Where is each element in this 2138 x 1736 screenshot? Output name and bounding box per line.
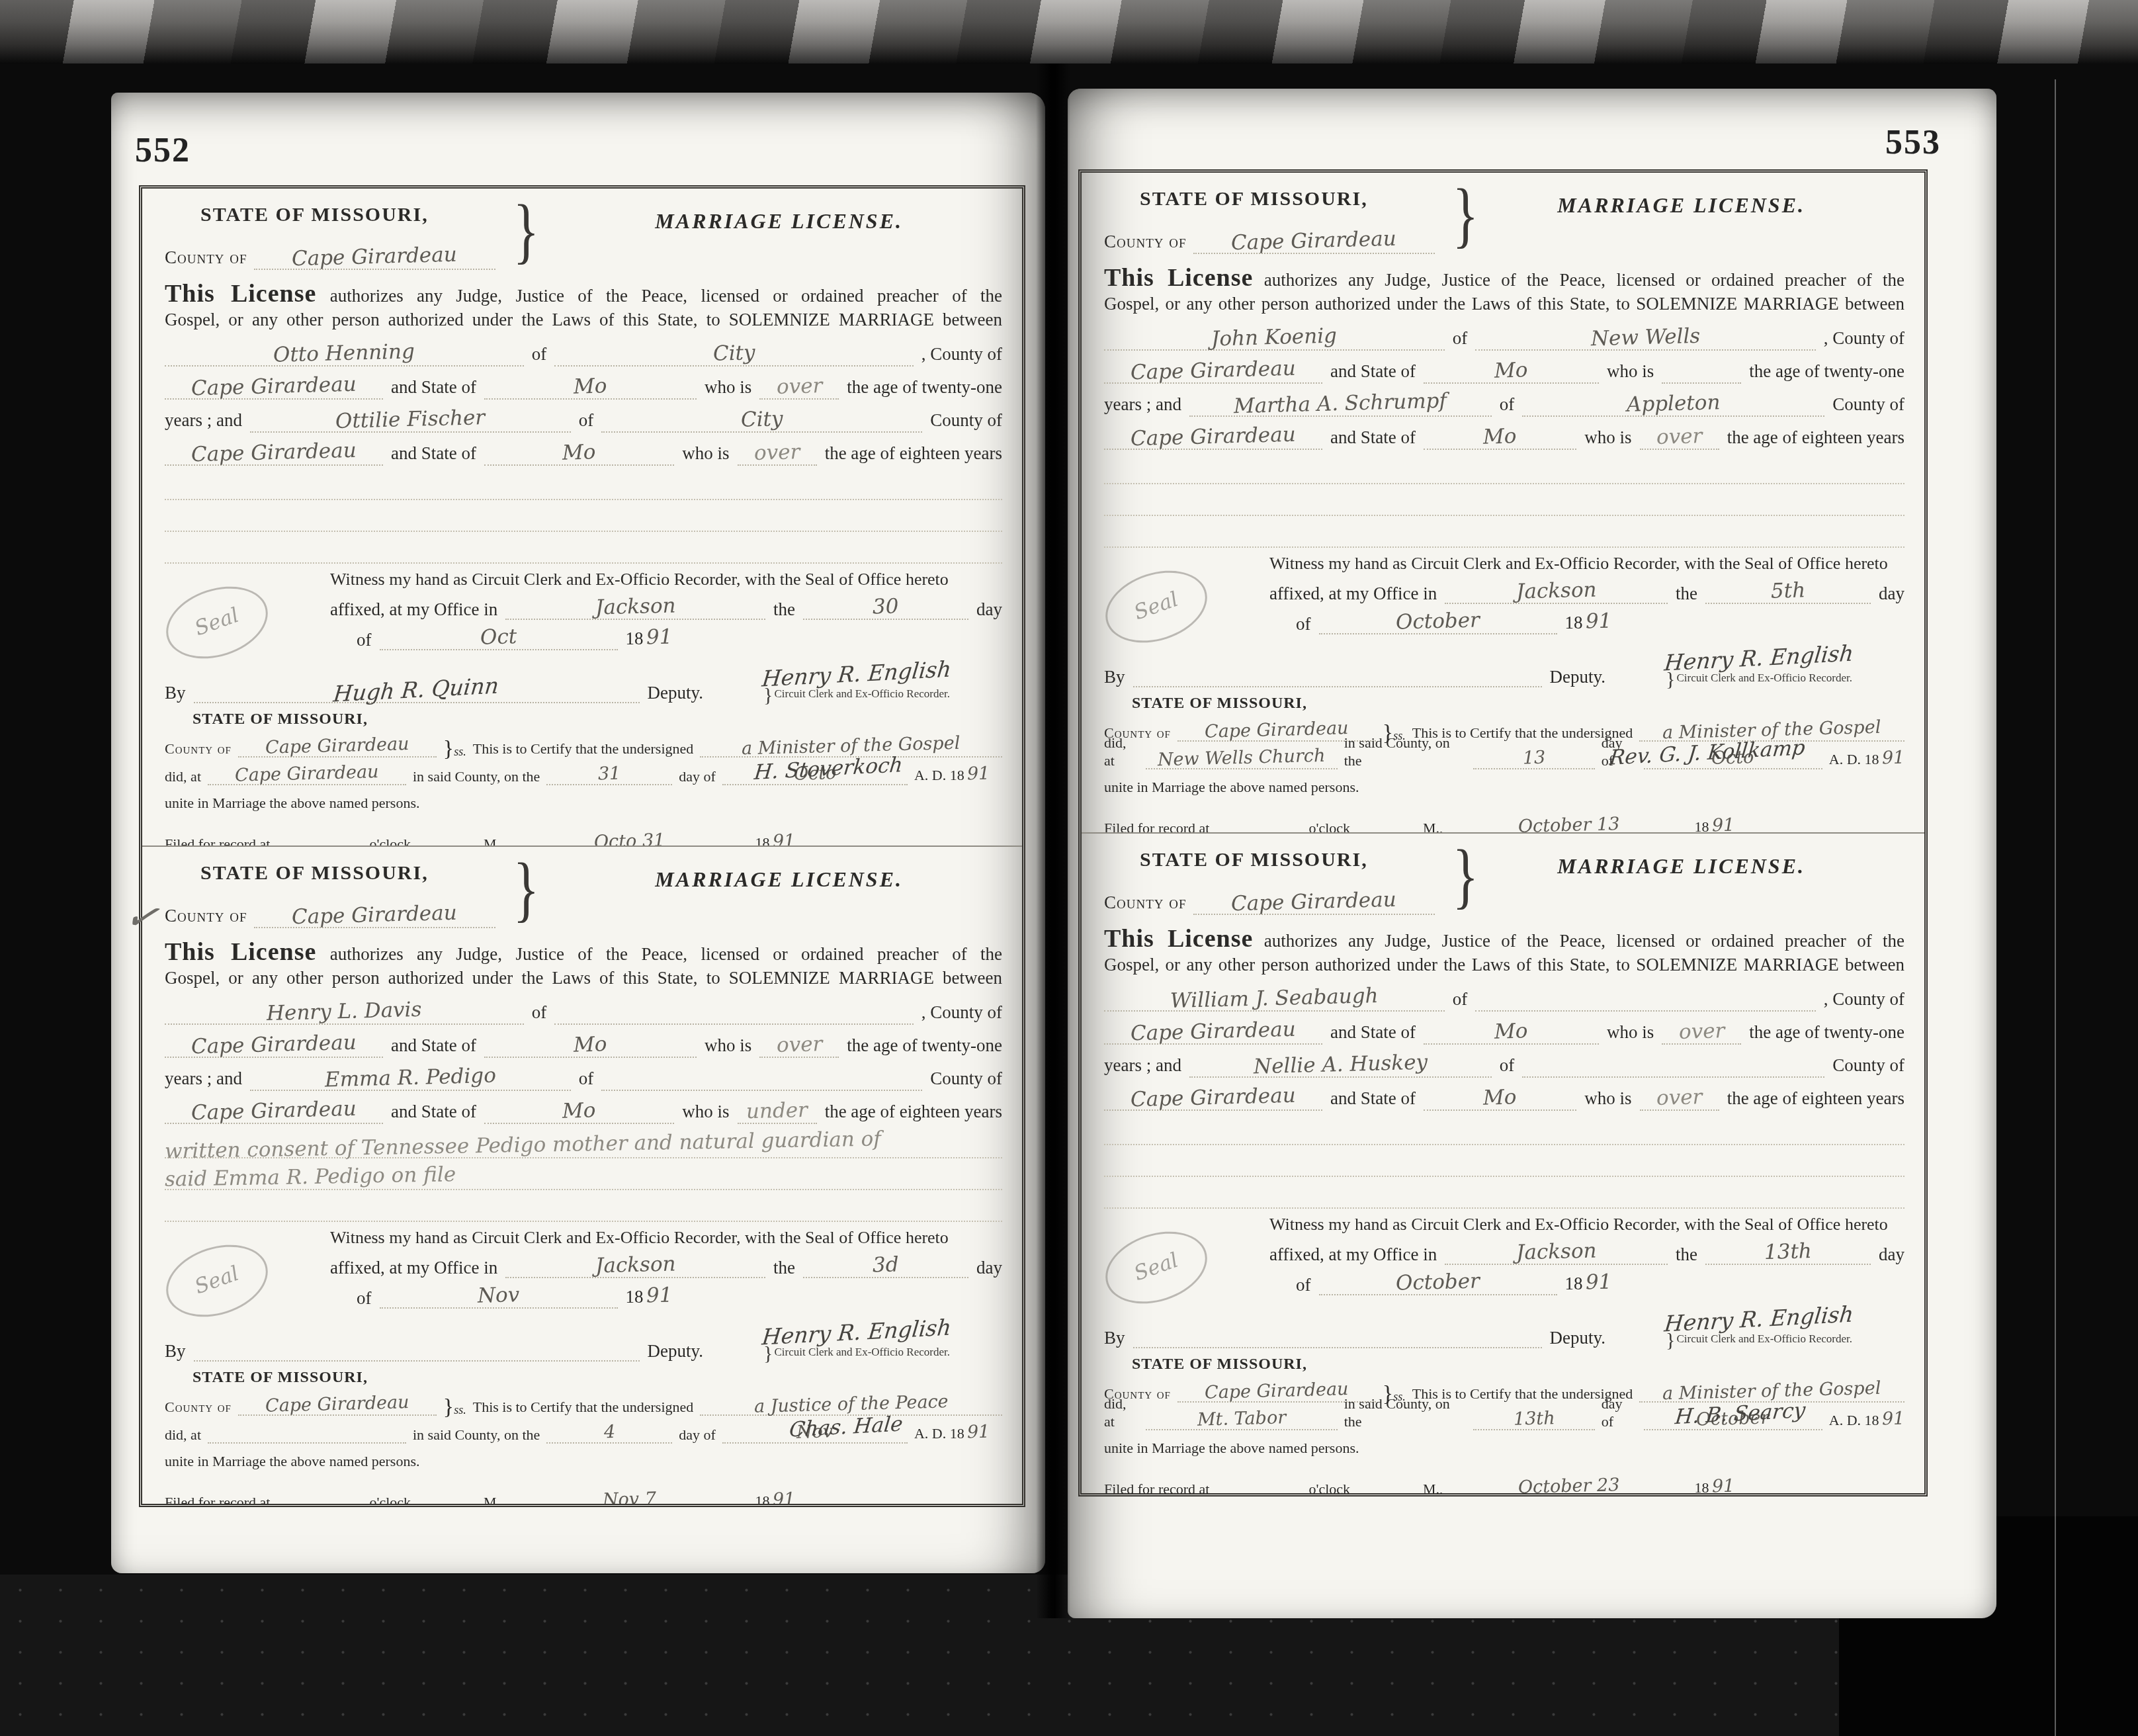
issue-year: 1891: [1565, 611, 1611, 634]
county-of-label: County of: [930, 410, 1002, 432]
deputy-field: Hugh R. Quinn: [194, 679, 640, 703]
unite-row: unite in Marriage the above named person…: [1104, 769, 1904, 796]
filed-date-field: October 13: [1450, 816, 1688, 832]
cert-day-field: 13: [1473, 749, 1594, 769]
groom-county-row: Cape Girardeau and State of Mo who is th…: [1104, 353, 1904, 384]
license-paragraph-line1: This License authorizes any Judge, Justi…: [165, 939, 1002, 965]
bride-row: years ; and Martha A. Schrumpf of Applet…: [1104, 386, 1904, 417]
groom-name: Otto Henning: [273, 341, 415, 367]
paragraph-text: authorizes any Judge, Justice of the Pea…: [316, 286, 1002, 306]
did-at-label: did, at: [1104, 1395, 1139, 1430]
bride-county-row: Cape Girardeau and State of Mo who is un…: [165, 1094, 1002, 1124]
issue-year: 1891: [626, 1285, 672, 1309]
this-license-text: This License: [165, 280, 316, 308]
who-is-label: who is: [682, 443, 729, 465]
did-at-label: did, at: [165, 1426, 201, 1444]
of-label: of: [1453, 327, 1468, 350]
filed-year: 1891: [1695, 1477, 1734, 1493]
oclock-label: o'clock: [369, 1494, 411, 1504]
certification-section: STATE OF MISSOURI, County of Cape Girard…: [165, 1368, 1002, 1504]
state-heading: STATE OF MISSOURI,: [200, 203, 429, 227]
consent-line-2: said Emma R. Pedigo on file: [165, 1158, 1002, 1190]
brace-glyph: }: [513, 194, 540, 267]
filed-year-handwriting: 91: [772, 1491, 795, 1504]
seal-text: Seal: [192, 605, 241, 640]
issue-month-row: of October 1891: [1104, 604, 1904, 634]
who-is-label: who is: [705, 1035, 751, 1057]
county-of-label: County of: [1832, 1055, 1904, 1077]
groom-age: over: [1678, 1021, 1725, 1044]
county-row: County of Cape Girardeau: [165, 905, 495, 937]
county-of-suffix: , County of: [921, 343, 1002, 366]
groom-county-field: Cape Girardeau: [1104, 361, 1322, 384]
issue-day-field: 5th: [1705, 581, 1871, 604]
bride-name-field: Nellie A. Huskey: [1189, 1055, 1492, 1078]
who-is-label: who is: [1607, 1021, 1654, 1044]
county-of-label: County of: [1832, 394, 1904, 416]
year-18-printed: 18: [755, 1493, 770, 1504]
groom-county-row: Cape Girardeau and State of Mo who is ov…: [165, 1027, 1002, 1058]
year-18-printed: 18: [755, 834, 770, 846]
year-18-printed: 18: [626, 628, 644, 649]
by-deputy-row: By Deputy. Henry R. English }Circuit Cle…: [1104, 636, 1904, 687]
bride-county: Cape Girardeau: [1131, 425, 1296, 451]
license-paragraph-line2: Gospel, or any other person authorized u…: [1104, 293, 1904, 314]
county-of-label: County of: [930, 1068, 1002, 1090]
cert-county: Cape Girardeau: [265, 735, 409, 758]
issue-year: 1891: [626, 627, 672, 650]
by-deputy-row: By Deputy. Henry R. English }Circuit Cle…: [1104, 1297, 1904, 1348]
groom-county-row: Cape Girardeau and State of Mo who is ov…: [165, 369, 1002, 400]
years-and-label: years ; and: [1104, 1055, 1181, 1077]
deputy-label: Deputy.: [648, 1340, 703, 1362]
license-title: MARRIAGE LICENSE.: [1557, 193, 1805, 218]
issue-month: October: [1396, 1271, 1480, 1295]
county-row: County of Cape Girardeau: [1104, 892, 1435, 924]
issue-month: Oct: [480, 627, 517, 649]
by-deputy-row: By Hugh R. Quinn Deputy. Henry R. Englis…: [165, 652, 1002, 703]
consent-line-2: [1104, 484, 1904, 516]
oclock-label: o'clock: [1308, 820, 1350, 832]
clerk-signature: Henry R. English: [1663, 1303, 1854, 1336]
bride-name: Nellie A. Huskey: [1253, 1052, 1428, 1078]
and-state-of-label: and State of: [391, 376, 476, 399]
age-21-label: the age of twenty-one: [847, 376, 1002, 399]
seal-text: Seal: [1131, 1250, 1181, 1285]
seal-text: Seal: [192, 1263, 241, 1299]
groom-state: Mo: [1494, 360, 1528, 382]
brace-glyph: }: [513, 852, 540, 925]
bride-residence-field: Appleton: [1522, 394, 1824, 417]
blank-ruled-line: [1104, 516, 1904, 548]
bride-residence: Appleton: [1627, 392, 1721, 417]
cert-county-row: County of Cape Girardeau }ss. This is to…: [165, 730, 1002, 758]
cert-state-heading: STATE OF MISSOURI,: [192, 710, 1002, 730]
filed-label: Filed for record at: [165, 1494, 270, 1504]
marriage-license-form: STATE OF MISSOURI, } MARRIAGE LICENSE. C…: [142, 189, 1022, 846]
cert-place: Mt. Tabor: [1197, 1409, 1287, 1430]
cert-day: 4: [603, 1423, 615, 1442]
consent-line-2: [165, 500, 1002, 532]
witness-section: Seal Witness my hand as Circuit Clerk an…: [1104, 553, 1904, 687]
bride-name-field: Martha A. Schrumpf: [1189, 394, 1492, 417]
unite-row: unite in Marriage the above named person…: [165, 1444, 1002, 1470]
groom-county-field: Cape Girardeau: [165, 1035, 383, 1058]
m-label: M.,: [484, 1494, 504, 1504]
bride-county: Cape Girardeau: [191, 1099, 357, 1125]
deputy-label: Deputy.: [648, 682, 703, 703]
and-state-of-label: and State of: [1330, 361, 1416, 383]
license-title: MARRIAGE LICENSE.: [1557, 853, 1805, 879]
filed-date-field: Nov 7: [511, 1491, 749, 1504]
of-label: of: [1500, 1055, 1515, 1077]
deputy-signature: Hugh R. Quinn: [333, 674, 500, 706]
bride-name: Martha A. Schrumpf: [1234, 391, 1447, 418]
county-row: County of Cape Girardeau: [165, 247, 495, 279]
form-header: STATE OF MISSOURI, } MARRIAGE LICENSE.: [1104, 182, 1904, 235]
seal-text: Seal: [1131, 589, 1181, 625]
witness-section: Seal Witness my hand as Circuit Clerk an…: [165, 1227, 1002, 1362]
county-handwriting: Cape Girardeau: [292, 903, 457, 930]
cert-year: A. D. 1891: [1829, 749, 1904, 769]
license-paragraph-line2: Gospel, or any other person authorized u…: [165, 967, 1002, 988]
issue-place: Jackson: [1516, 1240, 1596, 1264]
groom-age-field: over: [759, 376, 839, 400]
groom-state-field: Mo: [484, 1035, 697, 1058]
unite-label: unite in Marriage the above named person…: [165, 795, 419, 812]
groom-age: over: [776, 376, 822, 399]
cert-county-row: County of Cape Girardeau }ss. This is to…: [1104, 1375, 1904, 1403]
filed-date: Nov 7: [603, 1490, 657, 1504]
groom-name: William J. Seabaugh: [1170, 986, 1379, 1013]
cert-year-handwriting: 91: [1881, 749, 1904, 769]
consent-line-1: [1104, 453, 1904, 484]
filed-label: Filed for record at: [1104, 1481, 1209, 1493]
filed-date: Octo 31: [594, 832, 665, 846]
bride-age-field: over: [1640, 1088, 1719, 1111]
issue-place-row: affixed, at my Office in Jackson the 13t…: [1104, 1235, 1904, 1265]
register-page-553: 553 ✓ STATE OF MISSOURI, } MARRIAGE LICE…: [1068, 89, 1996, 1618]
issue-month-field: October: [1319, 1272, 1557, 1295]
cert-county: Cape Girardeau: [1205, 1380, 1349, 1403]
county-handwriting: Cape Girardeau: [1231, 890, 1396, 916]
bride-row: years ; and Emma R. Pedigo of County of: [165, 1061, 1002, 1091]
groom-age-field: over: [759, 1035, 839, 1058]
of-label: of: [532, 1002, 547, 1024]
groom-county-field: Cape Girardeau: [165, 376, 383, 400]
paragraph-text: authorizes any Judge, Justice of the Pea…: [1253, 270, 1904, 290]
clerk-signature: Henry R. English: [1663, 642, 1854, 675]
by-label: By: [1104, 666, 1125, 687]
bride-age: over: [1656, 1087, 1703, 1110]
issue-year-handwriting: 91: [646, 1285, 672, 1307]
marriage-license-form: STATE OF MISSOURI, } MARRIAGE LICENSE. C…: [1082, 173, 1924, 832]
cert-state-heading: STATE OF MISSOURI,: [1132, 694, 1904, 714]
filed-row: Filed for record at o'clock M., Nov 7 18…: [165, 1477, 1002, 1504]
issue-place-row: affixed, at my Office in Jackson the 30 …: [165, 589, 1002, 620]
county-of-suffix: , County of: [1824, 988, 1904, 1011]
issue-year-handwriting: 91: [646, 627, 672, 649]
cert-year: A. D. 1891: [914, 1423, 990, 1444]
form-header: STATE OF MISSOURI, } MARRIAGE LICENSE.: [165, 198, 1002, 251]
who-is-label: who is: [705, 376, 751, 399]
in-said-county-label: in said County, on the: [1344, 1395, 1467, 1430]
page-number: 552: [135, 131, 191, 170]
witness-line: Witness my hand as Circuit Clerk and Ex-…: [165, 1227, 1002, 1248]
m-label: M.,: [1423, 820, 1443, 832]
who-is-label: who is: [1584, 1088, 1631, 1110]
cert-year: A. D. 1891: [1829, 1410, 1904, 1430]
the-label: the: [1676, 583, 1697, 604]
groom-county-field: Cape Girardeau: [1104, 1021, 1322, 1045]
consent-line-2: [1104, 1145, 1904, 1177]
undersigned-field: a Minister of the Gospel: [700, 737, 1002, 758]
consent-line-1: written consent of Tennessee Pedigo moth…: [165, 1127, 1002, 1158]
ad-18-printed: A. D. 18: [1829, 751, 1879, 768]
of-label: of: [532, 343, 547, 366]
day-label: day: [976, 599, 1002, 620]
groom-residence: New Wells: [1590, 326, 1700, 351]
issue-day-field: 13th: [1705, 1242, 1871, 1265]
bride-residence-field: [601, 1088, 922, 1091]
by-deputy-row: By Deputy. Henry R. English }Circuit Cle…: [165, 1310, 1002, 1362]
bride-age: under: [746, 1100, 808, 1123]
ad-18-printed: A. D. 18: [914, 1425, 964, 1442]
license-title: MARRIAGE LICENSE.: [655, 208, 903, 234]
undersigned-title: a Justice of the Peace: [753, 1393, 948, 1417]
blank-ruled-line: [165, 532, 1002, 564]
issue-month-row: of Oct 1891: [165, 620, 1002, 650]
filed-year: 1891: [755, 832, 795, 846]
day-label: day: [976, 1257, 1002, 1278]
filed-date: October 13: [1518, 815, 1620, 832]
ss-brace: }ss.: [443, 740, 466, 758]
cert-year: A. D. 1891: [914, 765, 990, 785]
paragraph-text: authorizes any Judge, Justice of the Pea…: [316, 944, 1002, 964]
age-21-label: the age of twenty-one: [1749, 361, 1904, 383]
age-21-label: the age of twenty-one: [1749, 1021, 1904, 1044]
issue-day: 30: [873, 596, 899, 619]
certification-section: STATE OF MISSOURI, County of Cape Girard…: [1104, 1355, 1904, 1493]
filed-row: Filed for record at o'clock M., October …: [1104, 803, 1904, 832]
groom-state-field: Mo: [1424, 361, 1599, 384]
in-said-county-label: in said County, on the: [1344, 734, 1467, 769]
day-of-label: day of: [679, 1426, 716, 1444]
clerk-signature-block: Henry R. English }Circuit Clerk and Ex-O…: [711, 663, 1002, 703]
years-and-label: years ; and: [165, 410, 242, 432]
clerk-signature: Henry R. English: [761, 1316, 952, 1349]
bride-age: over: [754, 442, 800, 465]
and-state-of-label: and State of: [1330, 427, 1416, 449]
groom-state: Mo: [574, 376, 607, 398]
groom-name-field: Otto Henning: [165, 343, 524, 367]
issue-place-field: Jackson: [505, 1255, 765, 1278]
of-label: of: [357, 1287, 372, 1309]
bride-name: Ottilie Fischer: [335, 408, 486, 433]
affixed-label: affixed, at my Office in: [330, 1257, 497, 1278]
day-of-label: day of: [1602, 1395, 1637, 1430]
cert-day: 31: [598, 765, 621, 785]
of-label: of: [1500, 394, 1515, 416]
license-slot-1: STATE OF MISSOURI, } MARRIAGE LICENSE. C…: [142, 189, 1022, 846]
groom-row: John Koenig of New Wells , County of: [1104, 320, 1904, 351]
did-at-label: did, at: [1104, 734, 1139, 769]
issue-place: Jackson: [595, 1254, 675, 1278]
issue-month-row: of Nov 1891: [165, 1278, 1002, 1309]
day-label: day: [1879, 583, 1904, 604]
bride-age: over: [1656, 426, 1703, 449]
marriage-license-form: STATE OF MISSOURI, } MARRIAGE LICENSE. C…: [142, 847, 1022, 1504]
undersigned-field: a Justice of the Peace: [700, 1395, 1002, 1416]
state-heading: STATE OF MISSOURI,: [1140, 187, 1368, 211]
issue-month-field: October: [1319, 611, 1557, 634]
scan-edge-line: [2055, 79, 2056, 1736]
witness-section: Seal Witness my hand as Circuit Clerk an…: [1104, 1214, 1904, 1348]
cert-day: 13: [1523, 749, 1546, 769]
groom-residence-field: [554, 1022, 914, 1025]
bride-state-field: Mo: [1424, 1088, 1576, 1111]
county-row: County of Cape Girardeau: [1104, 231, 1435, 263]
bride-state-field: Mo: [484, 443, 674, 466]
issue-month-field: Nov: [380, 1285, 618, 1309]
oclock-label: o'clock: [1308, 1481, 1350, 1493]
issue-place: Jackson: [1516, 580, 1596, 603]
by-label: By: [165, 1340, 186, 1362]
bride-age-field: over: [738, 443, 817, 466]
certify-label: This is to Certify that the undersigned: [473, 1399, 694, 1416]
issue-place-field: Jackson: [505, 597, 765, 620]
issue-day: 13th: [1764, 1241, 1813, 1264]
certify-label: This is to Certify that the undersigned: [473, 740, 694, 758]
the-label: the: [773, 599, 795, 620]
years-and-label: years ; and: [165, 1068, 242, 1090]
bride-row: years ; and Nellie A. Huskey of County o…: [1104, 1047, 1904, 1078]
clerk-signature-block: Henry R. English }Circuit Clerk and Ex-O…: [711, 1321, 1002, 1362]
and-state-of-label: and State of: [1330, 1021, 1416, 1044]
cert-place-field: Cape Girardeau: [208, 765, 406, 785]
license-paragraph-line1: This License authorizes any Judge, Justi…: [1104, 926, 1904, 951]
groom-residence-field: [1475, 1009, 1816, 1012]
age-18-label: the age of eighteen years: [825, 1101, 1002, 1123]
ss-label: ss.: [454, 1403, 466, 1416]
county-of-suffix: , County of: [921, 1002, 1002, 1024]
of-label: of: [579, 410, 594, 432]
bride-age-field: under: [738, 1101, 817, 1124]
filed-date-field: Octo 31: [511, 832, 749, 846]
cert-year-handwriting: 91: [966, 765, 990, 785]
issue-year: 1891: [1565, 1272, 1611, 1295]
groom-row: Henry L. Davis of , County of: [165, 994, 1002, 1025]
issue-year-handwriting: 91: [1585, 1272, 1611, 1294]
ad-18-printed: A. D. 18: [914, 767, 964, 784]
issue-day: 3d: [873, 1254, 899, 1277]
bride-name: Emma R. Pedigo: [325, 1065, 497, 1092]
license-paragraph-line2: Gospel, or any other person authorized u…: [1104, 954, 1904, 975]
bride-name-field: Emma R. Pedigo: [250, 1068, 571, 1091]
m-label: M.,: [484, 836, 504, 846]
issue-month-row: of October 1891: [1104, 1265, 1904, 1295]
filed-year-handwriting: 91: [1711, 1477, 1734, 1493]
cert-county-row: County of Cape Girardeau }ss. This is to…: [165, 1388, 1002, 1416]
cert-day-field: 13th: [1473, 1410, 1594, 1430]
license-slot-2: STATE OF MISSOURI, } MARRIAGE LICENSE. C…: [142, 846, 1022, 1504]
issue-month: October: [1396, 610, 1480, 634]
county-handwriting: Cape Girardeau: [292, 245, 457, 271]
county-handwriting: Cape Girardeau: [1231, 229, 1396, 255]
affixed-label: affixed, at my Office in: [1269, 1244, 1437, 1265]
cert-year-handwriting: 91: [1881, 1410, 1904, 1430]
this-license-text: This License: [1104, 264, 1253, 292]
this-license-text: This License: [165, 938, 316, 966]
ss-brace: }ss.: [443, 1398, 466, 1416]
cert-place-field: New Wells Church: [1146, 749, 1338, 769]
filed-label: Filed for record at: [165, 836, 270, 846]
age-21-label: the age of twenty-one: [847, 1035, 1002, 1057]
bride-state-field: Mo: [1424, 427, 1576, 450]
bride-state: Mo: [1483, 1087, 1517, 1109]
affixed-label: affixed, at my Office in: [330, 599, 497, 620]
groom-name: Henry L. Davis: [267, 1000, 422, 1025]
issue-place: Jackson: [595, 595, 675, 619]
state-heading: STATE OF MISSOURI,: [200, 861, 429, 885]
issue-month-field: Oct: [380, 627, 618, 650]
cert-county-field: Cape Girardeau: [238, 737, 437, 758]
groom-residence: City: [712, 343, 755, 366]
year-18-printed: 18: [1695, 818, 1709, 832]
form-header: STATE OF MISSOURI, } MARRIAGE LICENSE.: [1104, 843, 1904, 896]
brace-glyph: }: [1453, 839, 1479, 912]
groom-row: Otto Henning of City , County of: [165, 336, 1002, 367]
groom-residence-field: City: [554, 343, 914, 367]
did-at-label: did, at: [165, 768, 201, 785]
deputy-field: [194, 1359, 640, 1362]
certification-section: STATE OF MISSOURI, County of Cape Girard…: [165, 710, 1002, 846]
bride-state: Mo: [1483, 426, 1517, 449]
bride-row: years ; and Ottilie Fischer of City Coun…: [165, 402, 1002, 433]
groom-name-field: Henry L. Davis: [165, 1002, 524, 1025]
bride-county-field: Cape Girardeau: [165, 1101, 383, 1124]
filed-label: Filed for record at: [1104, 820, 1209, 832]
page-number: 553: [1885, 123, 1941, 162]
who-is-label: who is: [682, 1101, 729, 1123]
cert-county: Cape Girardeau: [265, 1393, 409, 1416]
in-said-county-label: in said County, on the: [413, 1426, 540, 1444]
groom-county: Cape Girardeau: [1131, 1020, 1296, 1046]
groom-county: Cape Girardeau: [191, 1033, 357, 1059]
bride-age-field: over: [1640, 427, 1719, 450]
the-label: the: [1676, 1244, 1697, 1265]
bride-residence-field: City: [601, 410, 922, 433]
deputy-field: [1133, 685, 1542, 687]
license-paragraph-line2: Gospel, or any other person authorized u…: [165, 309, 1002, 330]
cert-place: Cape Girardeau: [235, 763, 379, 786]
this-license-text: This License: [1104, 925, 1253, 953]
years-and-label: years ; and: [1104, 394, 1181, 416]
in-said-county-label: in said County, on the: [413, 768, 540, 785]
form-border-box: STATE OF MISSOURI, } MARRIAGE LICENSE. C…: [139, 185, 1025, 1507]
undersigned-field: a Minister of the Gospel: [1639, 1382, 1904, 1403]
groom-state-field: Mo: [484, 376, 697, 400]
blank-ruled-line: [165, 1190, 1002, 1222]
bride-state: Mo: [562, 442, 596, 464]
filed-date: October 23: [1518, 1476, 1620, 1493]
age-18-label: the age of eighteen years: [825, 443, 1002, 465]
bride-county-row: Cape Girardeau and State of Mo who is ov…: [1104, 419, 1904, 450]
deputy-field: [1133, 1346, 1542, 1348]
bride-county-row: Cape Girardeau and State of Mo who is ov…: [165, 435, 1002, 466]
day-label: day: [1879, 1244, 1904, 1265]
age-18-label: the age of eighteen years: [1727, 427, 1904, 449]
